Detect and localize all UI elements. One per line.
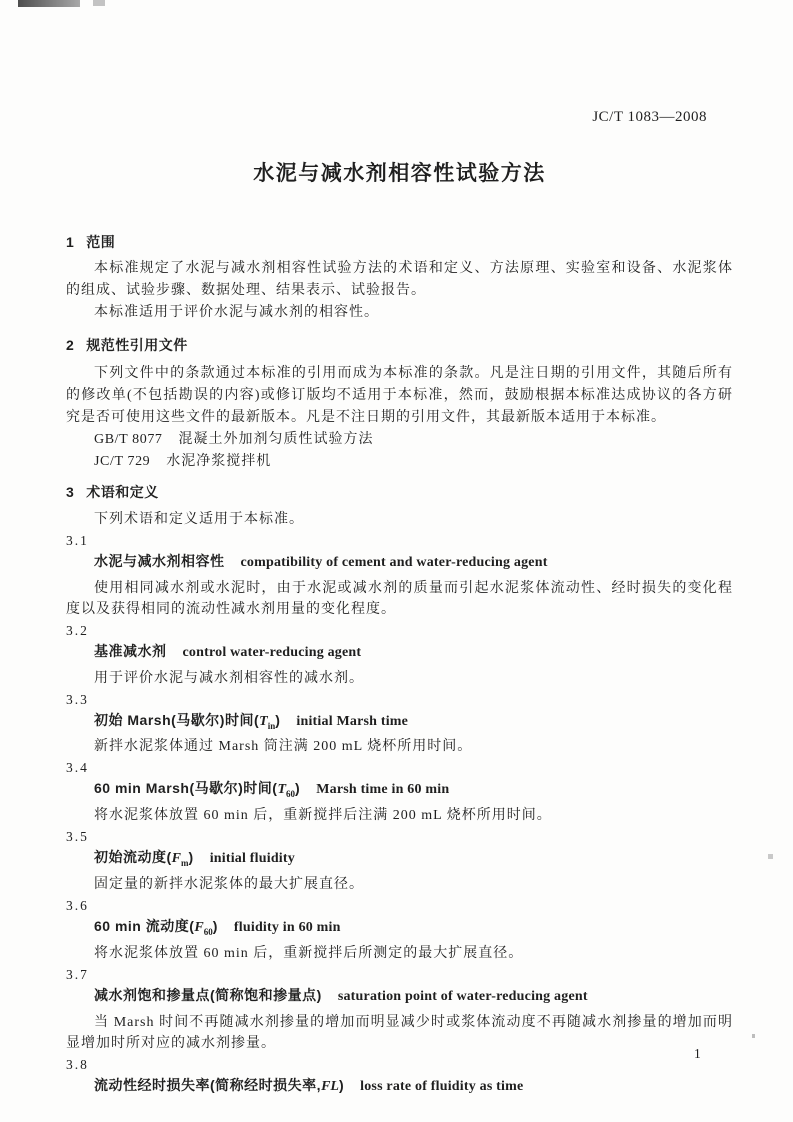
- term-item: 3.6 60 min 流动度(F60)fluidity in 60 min 将水…: [66, 895, 733, 964]
- term-cn: 水泥与减水剂相容性: [94, 553, 225, 569]
- term-definition: 将水泥浆体放置 60 min 后，重新搅拌后注满 200 mL 烧杯所用时间。: [66, 805, 733, 826]
- term-en: initial Marsh time: [296, 714, 408, 729]
- term-cn: 60 min Marsh(马歇尔)时间(: [94, 780, 277, 796]
- term-en: control water-reducing agent: [183, 645, 362, 660]
- term-item: 3.7 减水剂饱和掺量点(简称饱和掺量点)saturation point of…: [66, 964, 733, 1054]
- term-symbol: FL: [321, 1079, 339, 1094]
- section-number: 1: [66, 234, 74, 250]
- section-number: 2: [66, 337, 74, 353]
- document-page: JC/T 1083—2008 水泥与减水剂相容性试验方法 1范围 本标准规定了水…: [0, 0, 793, 1122]
- term-number: 3.3: [66, 689, 733, 710]
- term-subscript: m: [181, 858, 189, 868]
- term-definition: 当 Marsh 时间不再随减水剂掺量的增加而明显减少时或浆体流动度不再随减水剂掺…: [66, 1012, 733, 1054]
- term-cn: ): [275, 712, 280, 728]
- term-symbol: F: [172, 851, 181, 866]
- citation-row: GB/T 8077混凝土外加剂匀质性试验方法: [66, 429, 733, 451]
- term-definition: 用于评价水泥与减水剂相容性的减水剂。: [66, 668, 733, 689]
- section-heading: 1范围: [66, 234, 733, 251]
- term-cn: 流动性经时损失率(简称经时损失率,: [94, 1077, 321, 1093]
- term-line: 初始 Marsh(马歇尔)时间(Tin)initial Marsh time: [66, 710, 733, 737]
- section-number: 3: [66, 484, 74, 500]
- term-symbol: T: [259, 714, 268, 729]
- citation-row: JC/T 729水泥净浆搅拌机: [66, 451, 733, 473]
- term-cn: 初始流动度(: [94, 849, 172, 865]
- term-cn: ): [189, 849, 194, 865]
- term-cn: ): [213, 918, 218, 934]
- term-cn: 基准减水剂: [94, 643, 167, 659]
- term-cn: 减水剂饱和掺量点(简称饱和掺量点): [94, 987, 322, 1003]
- section-terms: 3术语和定义 下列术语和定义适用于本标准。 3.1 水泥与减水剂相容性compa…: [66, 484, 733, 1101]
- term-line: 水泥与减水剂相容性compatibility of cement and wat…: [66, 551, 733, 578]
- section-heading: 2规范性引用文件: [66, 337, 733, 354]
- term-item: 3.8 流动性经时损失率(简称经时损失率,FL)loss rate of flu…: [66, 1054, 733, 1102]
- section-heading-label: 范围: [86, 234, 115, 250]
- doc-title: 水泥与减水剂相容性试验方法: [66, 159, 733, 189]
- term-symbol: T: [277, 782, 286, 797]
- section-scope: 1范围 本标准规定了水泥与减水剂相容性试验方法的术语和定义、方法原理、实验室和设…: [66, 234, 733, 324]
- section-heading-label: 术语和定义: [86, 484, 159, 500]
- term-cn: ): [295, 780, 300, 796]
- term-en: compatibility of cement and water-reduci…: [241, 555, 548, 570]
- paragraph: 下列文件中的条款通过本标准的引用而成为本标准的条款。凡是注日期的引用文件，其随后…: [66, 363, 733, 429]
- term-number: 3.8: [66, 1054, 733, 1075]
- term-en: saturation point of water-reducing agent: [338, 989, 588, 1004]
- scan-speck: [768, 854, 773, 859]
- paragraph: 下列术语和定义适用于本标准。: [66, 509, 733, 530]
- term-number: 3.6: [66, 895, 733, 916]
- term-line: 减水剂饱和掺量点(简称饱和掺量点)saturation point of wat…: [66, 985, 733, 1012]
- citation-title: 混凝土外加剂匀质性试验方法: [179, 432, 374, 447]
- section-heading-label: 规范性引用文件: [86, 337, 188, 353]
- term-definition: 固定量的新拌水泥浆体的最大扩展直径。: [66, 874, 733, 895]
- term-cn: 60 min 流动度(: [94, 918, 194, 934]
- term-number: 3.2: [66, 620, 733, 641]
- section-heading: 3术语和定义: [66, 484, 733, 501]
- page-content: JC/T 1083—2008 水泥与减水剂相容性试验方法 1范围 本标准规定了水…: [66, 0, 733, 1101]
- term-en: loss rate of fluidity as time: [360, 1079, 523, 1094]
- term-item: 3.4 60 min Marsh(马歇尔)时间(T60)Marsh time i…: [66, 757, 733, 826]
- term-definition: 新拌水泥浆体通过 Marsh 筒注满 200 mL 烧杯所用时间。: [66, 736, 733, 757]
- scan-speck: [752, 1034, 755, 1038]
- term-line: 60 min Marsh(马歇尔)时间(T60)Marsh time in 60…: [66, 778, 733, 805]
- term-en: Marsh time in 60 min: [316, 782, 449, 797]
- term-number: 3.5: [66, 826, 733, 847]
- term-subscript: 60: [286, 789, 295, 799]
- term-en: initial fluidity: [210, 851, 295, 866]
- doc-code: JC/T 1083—2008: [66, 108, 733, 126]
- paragraph: 本标准规定了水泥与减水剂相容性试验方法的术语和定义、方法原理、实验室和设备、水泥…: [66, 258, 733, 302]
- citation-code: GB/T 8077: [94, 432, 163, 447]
- term-item: 3.5 初始流动度(Fm)initial fluidity 固定量的新拌水泥浆体…: [66, 826, 733, 895]
- term-number: 3.1: [66, 530, 733, 551]
- term-item: 3.2 基准减水剂control water-reducing agent 用于…: [66, 620, 733, 689]
- paragraph: 本标准适用于评价水泥与减水剂的相容性。: [66, 302, 733, 324]
- term-definition: 使用相同减水剂或水泥时，由于水泥或减水剂的质量而引起水泥浆体流动性、经时损失的变…: [66, 578, 733, 620]
- term-item: 3.1 水泥与减水剂相容性compatibility of cement and…: [66, 530, 733, 620]
- term-subscript: 60: [204, 927, 213, 937]
- term-cn: 初始 Marsh(马歇尔)时间(: [94, 712, 259, 728]
- citation-title: 水泥净浆搅拌机: [166, 454, 271, 469]
- term-item: 3.3 初始 Marsh(马歇尔)时间(Tin)initial Marsh ti…: [66, 689, 733, 758]
- term-line: 初始流动度(Fm)initial fluidity: [66, 847, 733, 874]
- section-normative-references: 2规范性引用文件 下列文件中的条款通过本标准的引用而成为本标准的条款。凡是注日期…: [66, 337, 733, 473]
- term-line: 基准减水剂control water-reducing agent: [66, 641, 733, 668]
- term-line: 60 min 流动度(F60)fluidity in 60 min: [66, 916, 733, 943]
- term-symbol: F: [194, 920, 203, 935]
- term-definition: 将水泥浆体放置 60 min 后，重新搅拌后所测定的最大扩展直径。: [66, 943, 733, 964]
- citation-code: JC/T 729: [94, 454, 150, 469]
- page-number: 1: [694, 1046, 701, 1062]
- term-number: 3.4: [66, 757, 733, 778]
- term-cn: ): [339, 1077, 344, 1093]
- term-en: fluidity in 60 min: [234, 920, 341, 935]
- term-line: 流动性经时损失率(简称经时损失率,FL)loss rate of fluidit…: [66, 1075, 733, 1102]
- term-number: 3.7: [66, 964, 733, 985]
